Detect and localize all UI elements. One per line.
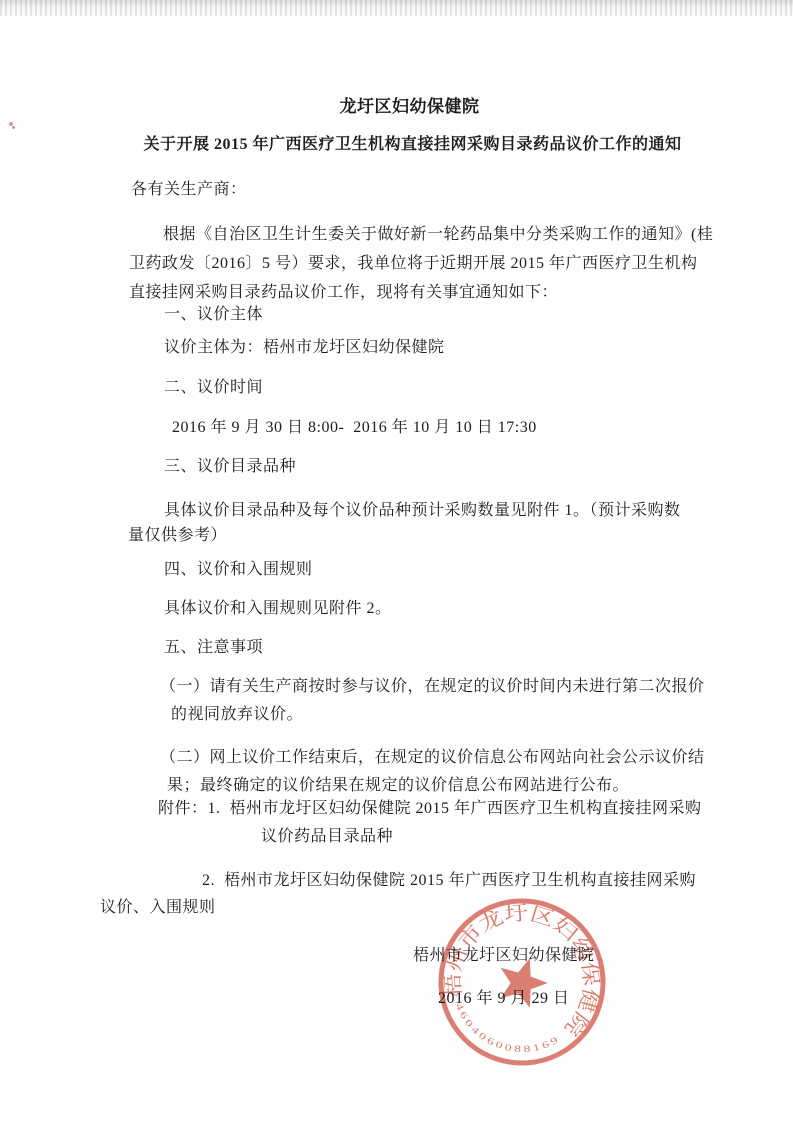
section-5-heading: 五、注意事项 (164, 638, 263, 658)
attachment-1-line-1: 附件：1. 梧州市龙圩区妇幼保健院 2015 年广西医疗卫生机构直接挂网采购 (158, 799, 702, 819)
intro-line-1: 根据《自治区卫生计生委关于做好新一轮药品集中分类采购工作的通知》(桂 (163, 225, 713, 245)
salutation: 各有关生产商： (131, 180, 247, 200)
intro-line-2: 卫药政发〔2016〕5 号）要求，我单位将于近期开展 2015 年广西医疗卫生机… (129, 254, 698, 274)
section-2-content: 2016 年 9 月 30 日 8:00- 2016 年 10 月 10 日 1… (172, 418, 537, 438)
scanned-document-page: 龙圩区妇幼保健院 关于开展 2015 年广西医疗卫生机构直接挂网采购目录药品议价… (0, 0, 793, 1121)
document-subtitle: 关于开展 2015 年广西医疗卫生机构直接挂网采购目录药品议价工作的通知 (16, 135, 793, 155)
section-2-heading: 二、议价时间 (164, 378, 263, 398)
section-4-heading: 四、议价和入围规则 (164, 560, 313, 580)
section-5-item-1-line-2: 的视同放弃议价。 (171, 705, 303, 725)
section-3-heading: 三、议价目录品种 (164, 457, 296, 477)
official-seal: 梧州市龙圩区妇幼保健院 4604060088169 (422, 882, 622, 1082)
section-3-content-line-1: 具体议价目录品种及每个议价品种预计采购数量见附件 1。（预计采购数 (164, 501, 681, 521)
section-4-content: 具体议价和入围规则见附件 2。 (164, 599, 392, 619)
scan-noise-band (0, 0, 793, 16)
section-1-heading: 一、议价主体 (164, 305, 263, 325)
section-3-content-line-2: 量仅供参考） (128, 526, 227, 546)
attachment-2-line-2: 议价、入围规则 (100, 898, 216, 918)
section-1-content: 议价主体为：梧州市龙圩区妇幼保健院 (164, 338, 445, 358)
section-5-item-1-line-1: （一）请有关生产商按时参与议价，在规定的议价时间内未进行第二次报价 (160, 677, 705, 697)
attachment-1-line-2: 议价药品目录品种 (261, 827, 393, 847)
ink-speck (12, 126, 15, 129)
section-5-item-2-line-2: 果；最终确定的议价结果在规定的议价信息公布网站进行公布。 (167, 776, 629, 796)
document-title: 龙圩区妇幼保健院 (13, 97, 793, 117)
seal-star-icon (492, 951, 554, 1011)
section-5-item-2-line-1: （二）网上议价工作结束后，在规定的议价信息公布网站向社会公示议价结 (160, 748, 705, 768)
intro-line-3: 直接挂网采购目录药品议价工作，现将有关事宜通知如下： (129, 283, 558, 303)
